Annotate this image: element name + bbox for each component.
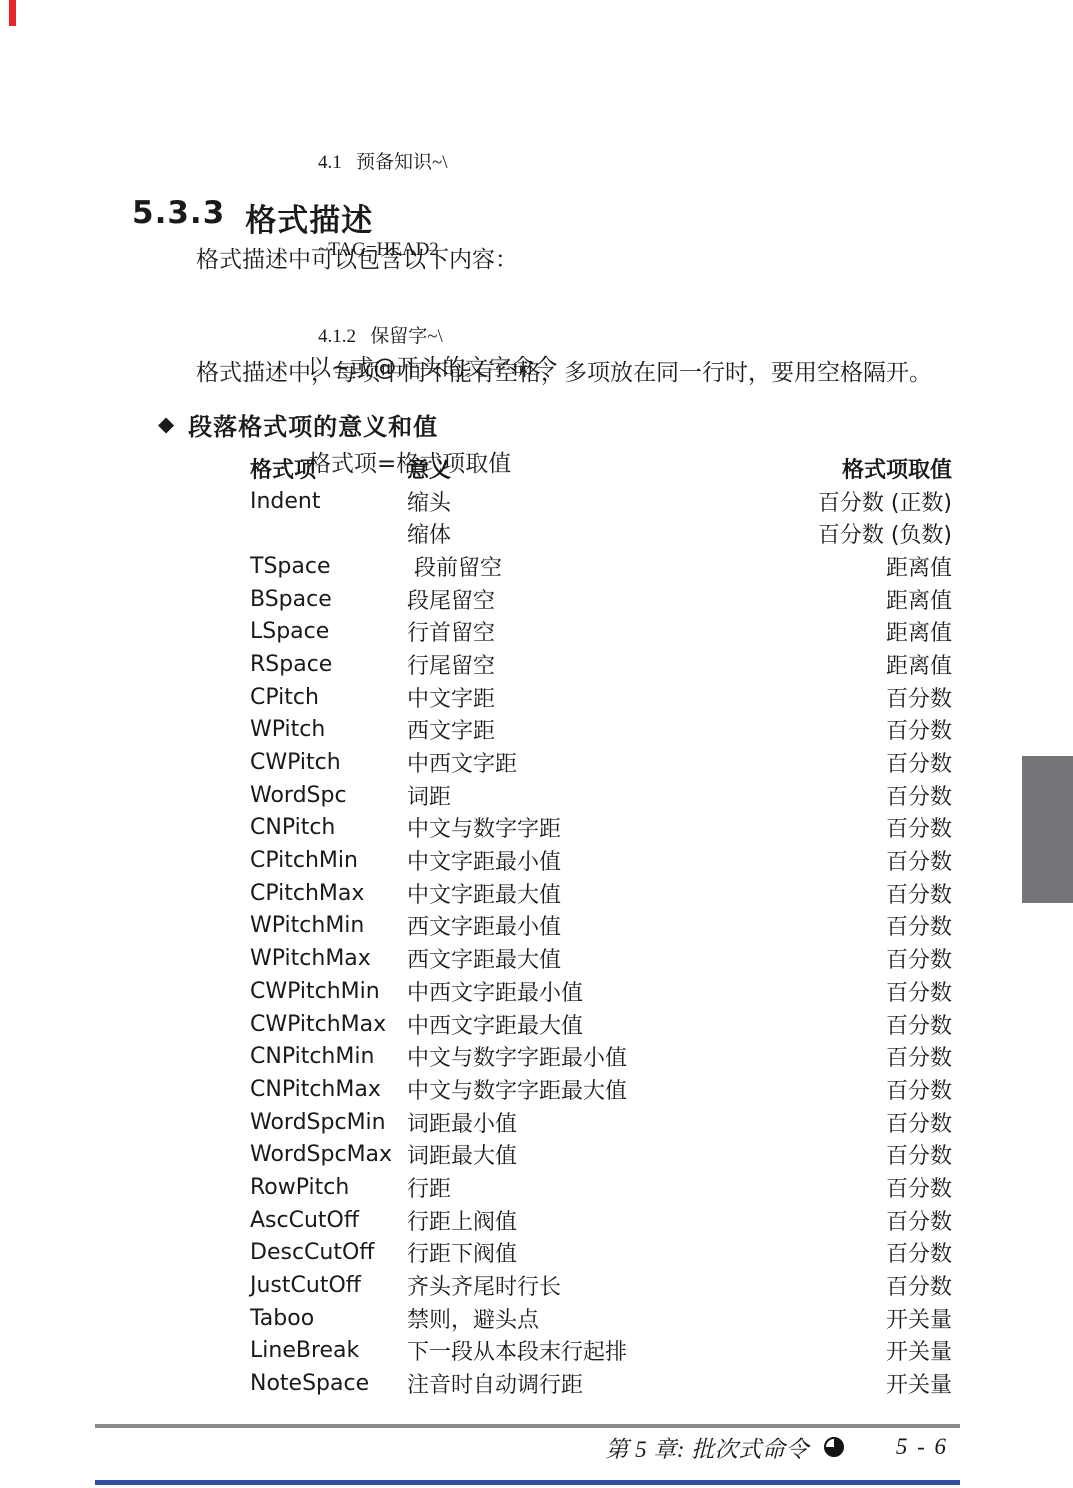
format-item-cell: WordSpc bbox=[250, 783, 407, 808]
value-cell: 百分数 bbox=[762, 1172, 952, 1203]
table-row: CPitch 中文字距 百分数 bbox=[250, 681, 952, 714]
meaning-cell: 西文字距最小值 bbox=[407, 910, 762, 941]
section-number: 5.3.3 bbox=[132, 195, 225, 240]
format-item-cell: WPitch bbox=[250, 717, 407, 742]
value-cell: 距离值 bbox=[762, 584, 952, 615]
format-item-cell: Indent bbox=[250, 489, 407, 514]
format-item-cell: WPitchMax bbox=[250, 946, 407, 971]
value-cell: 百分数 bbox=[762, 845, 952, 876]
footer-rule bbox=[95, 1424, 960, 1428]
value-cell: 百分数 bbox=[762, 1107, 952, 1138]
value-cell: 百分数 bbox=[762, 747, 952, 778]
meaning-cell: 行尾留空 bbox=[407, 649, 762, 680]
value-cell: 百分数 bbox=[762, 1041, 952, 1072]
footer-chapter-label: 第 5 章: 批次式命令 bbox=[605, 1431, 808, 1464]
meaning-cell: 注音时自动调行距 bbox=[407, 1368, 762, 1399]
note-paragraph: 格式描述中，每项中间不能有空格，多项放在同一行时，要用空格隔开。 bbox=[196, 354, 932, 387]
format-item-cell: NoteSpace bbox=[250, 1371, 407, 1396]
value-cell: 百分数 bbox=[762, 1270, 952, 1301]
table-row: CNPitchMin 中文与数字字距最小值 百分数 bbox=[250, 1040, 952, 1073]
value-cell: 百分数 bbox=[762, 1009, 952, 1040]
format-item-cell: TSpace bbox=[250, 554, 407, 579]
table-row: CNPitchMax 中文与数字字距最大值 百分数 bbox=[250, 1073, 952, 1106]
value-cell: 百分数 bbox=[762, 1074, 952, 1105]
format-item-cell: CWPitchMax bbox=[250, 1012, 407, 1037]
page-footer: 第 5 章: 批次式命令 5 - 6 bbox=[0, 1432, 960, 1462]
table-row: RowPitch 行距 百分数 bbox=[250, 1171, 952, 1204]
format-item-cell: Taboo bbox=[250, 1306, 407, 1331]
meaning-cell: 禁则，避头点 bbox=[407, 1303, 762, 1334]
table-row: AscCutOff 行距上阀值 百分数 bbox=[250, 1204, 952, 1237]
meaning-cell: 行首留空 bbox=[407, 616, 762, 647]
section-title: 格式描述 bbox=[245, 195, 373, 240]
format-item-cell: CNPitchMin bbox=[250, 1044, 407, 1069]
table-row: JustCutOff 齐头齐尾时行长 百分数 bbox=[250, 1269, 952, 1302]
format-item-cell: WordSpcMin bbox=[250, 1110, 407, 1135]
meaning-cell: 中文字距最小值 bbox=[407, 845, 762, 876]
format-item-cell: CNPitchMax bbox=[250, 1077, 407, 1102]
table-row: WPitchMin 西文字距最小值 百分数 bbox=[250, 910, 952, 943]
header-format-item: 格式项 bbox=[250, 453, 407, 484]
value-cell: 开关量 bbox=[762, 1335, 952, 1366]
page-bottom-blue-rule bbox=[95, 1480, 960, 1485]
document-page: 4.1 预备知识~\ ~TAG=HEAD2 4.1.2 保留字~\ 5.3.3 … bbox=[0, 0, 1073, 1488]
format-item-cell: RowPitch bbox=[250, 1175, 407, 1200]
meaning-cell: 下一段从本段末行起排 bbox=[407, 1335, 762, 1366]
meaning-cell: 行距下阀值 bbox=[407, 1237, 762, 1268]
format-item-cell: CNPitch bbox=[250, 815, 407, 840]
format-item-cell: WPitchMin bbox=[250, 913, 407, 938]
meaning-cell: 中文字距最大值 bbox=[407, 878, 762, 909]
format-item-cell: CWPitch bbox=[250, 750, 407, 775]
table-row: BSpace 段尾留空 距离值 bbox=[250, 583, 952, 616]
meaning-cell: 段尾留空 bbox=[407, 584, 762, 615]
value-cell: 百分数 bbox=[762, 682, 952, 713]
format-item-cell: CPitchMin bbox=[250, 848, 407, 873]
value-cell: 百分数 (负数) bbox=[762, 518, 952, 549]
meaning-cell: 词距最小值 bbox=[407, 1107, 762, 1138]
meaning-cell: 缩头 bbox=[407, 486, 762, 517]
value-cell: 百分数 bbox=[762, 812, 952, 843]
table-header-row: 格式项 意义 格式项取值 bbox=[250, 452, 952, 485]
page-edge-red-mark bbox=[9, 0, 16, 26]
format-item-cell: LSpace bbox=[250, 619, 407, 644]
table-row: WPitchMax 西文字距最大值 百分数 bbox=[250, 942, 952, 975]
meaning-cell: 行距上阀值 bbox=[407, 1205, 762, 1236]
meaning-cell: 西文字距最大值 bbox=[407, 943, 762, 974]
meaning-cell: 齐头齐尾时行长 bbox=[407, 1270, 762, 1301]
format-item-cell: AscCutOff bbox=[250, 1208, 407, 1233]
meaning-cell: 西文字距 bbox=[407, 714, 762, 745]
value-cell: 距离值 bbox=[762, 616, 952, 647]
format-item-cell: BSpace bbox=[250, 587, 407, 612]
meaning-cell: 行距 bbox=[407, 1172, 762, 1203]
header-value: 格式项取值 bbox=[762, 453, 952, 484]
format-items-table: 格式项 意义 格式项取值 Indent 缩头 百分数 (正数) 缩体 百分数 (… bbox=[250, 452, 952, 1400]
value-cell: 百分数 (正数) bbox=[762, 486, 952, 517]
reference-line: 4.1 预备知识~\ bbox=[318, 148, 448, 177]
bullet-subheading: ◆ 段落格式项的意义和值 bbox=[158, 407, 438, 442]
meaning-cell: 缩体 bbox=[407, 518, 762, 549]
header-meaning: 意义 bbox=[407, 453, 762, 484]
format-item-cell: RSpace bbox=[250, 652, 407, 677]
value-cell: 百分数 bbox=[762, 1139, 952, 1170]
table-row: LSpace 行首留空 距离值 bbox=[250, 615, 952, 648]
value-cell: 开关量 bbox=[762, 1368, 952, 1399]
table-row: CWPitch 中西文字距 百分数 bbox=[250, 746, 952, 779]
bullet-subheading-label: 段落格式项的意义和值 bbox=[188, 407, 438, 442]
table-row: WPitch 西文字距 百分数 bbox=[250, 714, 952, 747]
table-row: Indent 缩头 百分数 (正数) bbox=[250, 485, 952, 518]
format-item-cell: DescCutOff bbox=[250, 1240, 407, 1265]
footer-page-number: 5 - 6 bbox=[896, 1434, 948, 1460]
value-cell: 开关量 bbox=[762, 1303, 952, 1334]
value-cell: 百分数 bbox=[762, 878, 952, 909]
format-item-cell: CPitchMax bbox=[250, 881, 407, 906]
value-cell: 百分数 bbox=[762, 780, 952, 811]
table-row: WordSpc 词距 百分数 bbox=[250, 779, 952, 812]
table-row: DescCutOff 行距下阀值 百分数 bbox=[250, 1237, 952, 1270]
meaning-cell: 词距最大值 bbox=[407, 1139, 762, 1170]
value-cell: 百分数 bbox=[762, 1237, 952, 1268]
table-row: 缩体 百分数 (负数) bbox=[250, 517, 952, 550]
meaning-cell: 中文与数字字距最大值 bbox=[407, 1074, 762, 1105]
table-row: Taboo 禁则，避头点 开关量 bbox=[250, 1302, 952, 1335]
meaning-cell: 中文与数字字距最小值 bbox=[407, 1041, 762, 1072]
format-item-cell: LineBreak bbox=[250, 1338, 407, 1363]
table-row: CPitchMin 中文字距最小值 百分数 bbox=[250, 844, 952, 877]
meaning-cell: 段前留空 bbox=[407, 551, 762, 582]
value-cell: 百分数 bbox=[762, 714, 952, 745]
format-item-cell: JustCutOff bbox=[250, 1273, 407, 1298]
format-item-cell: CWPitchMin bbox=[250, 979, 407, 1004]
value-cell: 距离值 bbox=[762, 649, 952, 680]
table-row: TSpace 段前留空 距离值 bbox=[250, 550, 952, 583]
meaning-cell: 中西文字距 bbox=[407, 747, 762, 778]
value-cell: 百分数 bbox=[762, 976, 952, 1007]
value-cell: 百分数 bbox=[762, 910, 952, 941]
intro-paragraph: 格式描述中可以包含以下内容： bbox=[196, 241, 518, 274]
table-row: WordSpcMax 词距最大值 百分数 bbox=[250, 1138, 952, 1171]
section-heading: 5.3.3 格式描述 bbox=[132, 195, 373, 240]
chapter-side-tab bbox=[1022, 756, 1073, 903]
yin-yang-circle-icon bbox=[824, 1437, 844, 1457]
table-row: LineBreak 下一段从本段末行起排 开关量 bbox=[250, 1335, 952, 1368]
meaning-cell: 中西文字距最小值 bbox=[407, 976, 762, 1007]
table-row: CNPitch 中文与数字字距 百分数 bbox=[250, 812, 952, 845]
format-item-cell: CPitch bbox=[250, 685, 407, 710]
table-row: CWPitchMax 中西文字距最大值 百分数 bbox=[250, 1008, 952, 1041]
meaning-cell: 词距 bbox=[407, 780, 762, 811]
format-item-cell: WordSpcMax bbox=[250, 1142, 407, 1167]
table-row: NoteSpace 注音时自动调行距 开关量 bbox=[250, 1367, 952, 1400]
meaning-cell: 中西文字距最大值 bbox=[407, 1009, 762, 1040]
table-row: CWPitchMin 中西文字距最小值 百分数 bbox=[250, 975, 952, 1008]
meaning-cell: 中文字距 bbox=[407, 682, 762, 713]
value-cell: 距离值 bbox=[762, 551, 952, 582]
value-cell: 百分数 bbox=[762, 943, 952, 974]
table-row: CPitchMax 中文字距最大值 百分数 bbox=[250, 877, 952, 910]
diamond-bullet-icon: ◆ bbox=[158, 414, 174, 435]
meaning-cell: 中文与数字字距 bbox=[407, 812, 762, 843]
value-cell: 百分数 bbox=[762, 1205, 952, 1236]
table-row: WordSpcMin 词距最小值 百分数 bbox=[250, 1106, 952, 1139]
table-row: RSpace 行尾留空 距离值 bbox=[250, 648, 952, 681]
